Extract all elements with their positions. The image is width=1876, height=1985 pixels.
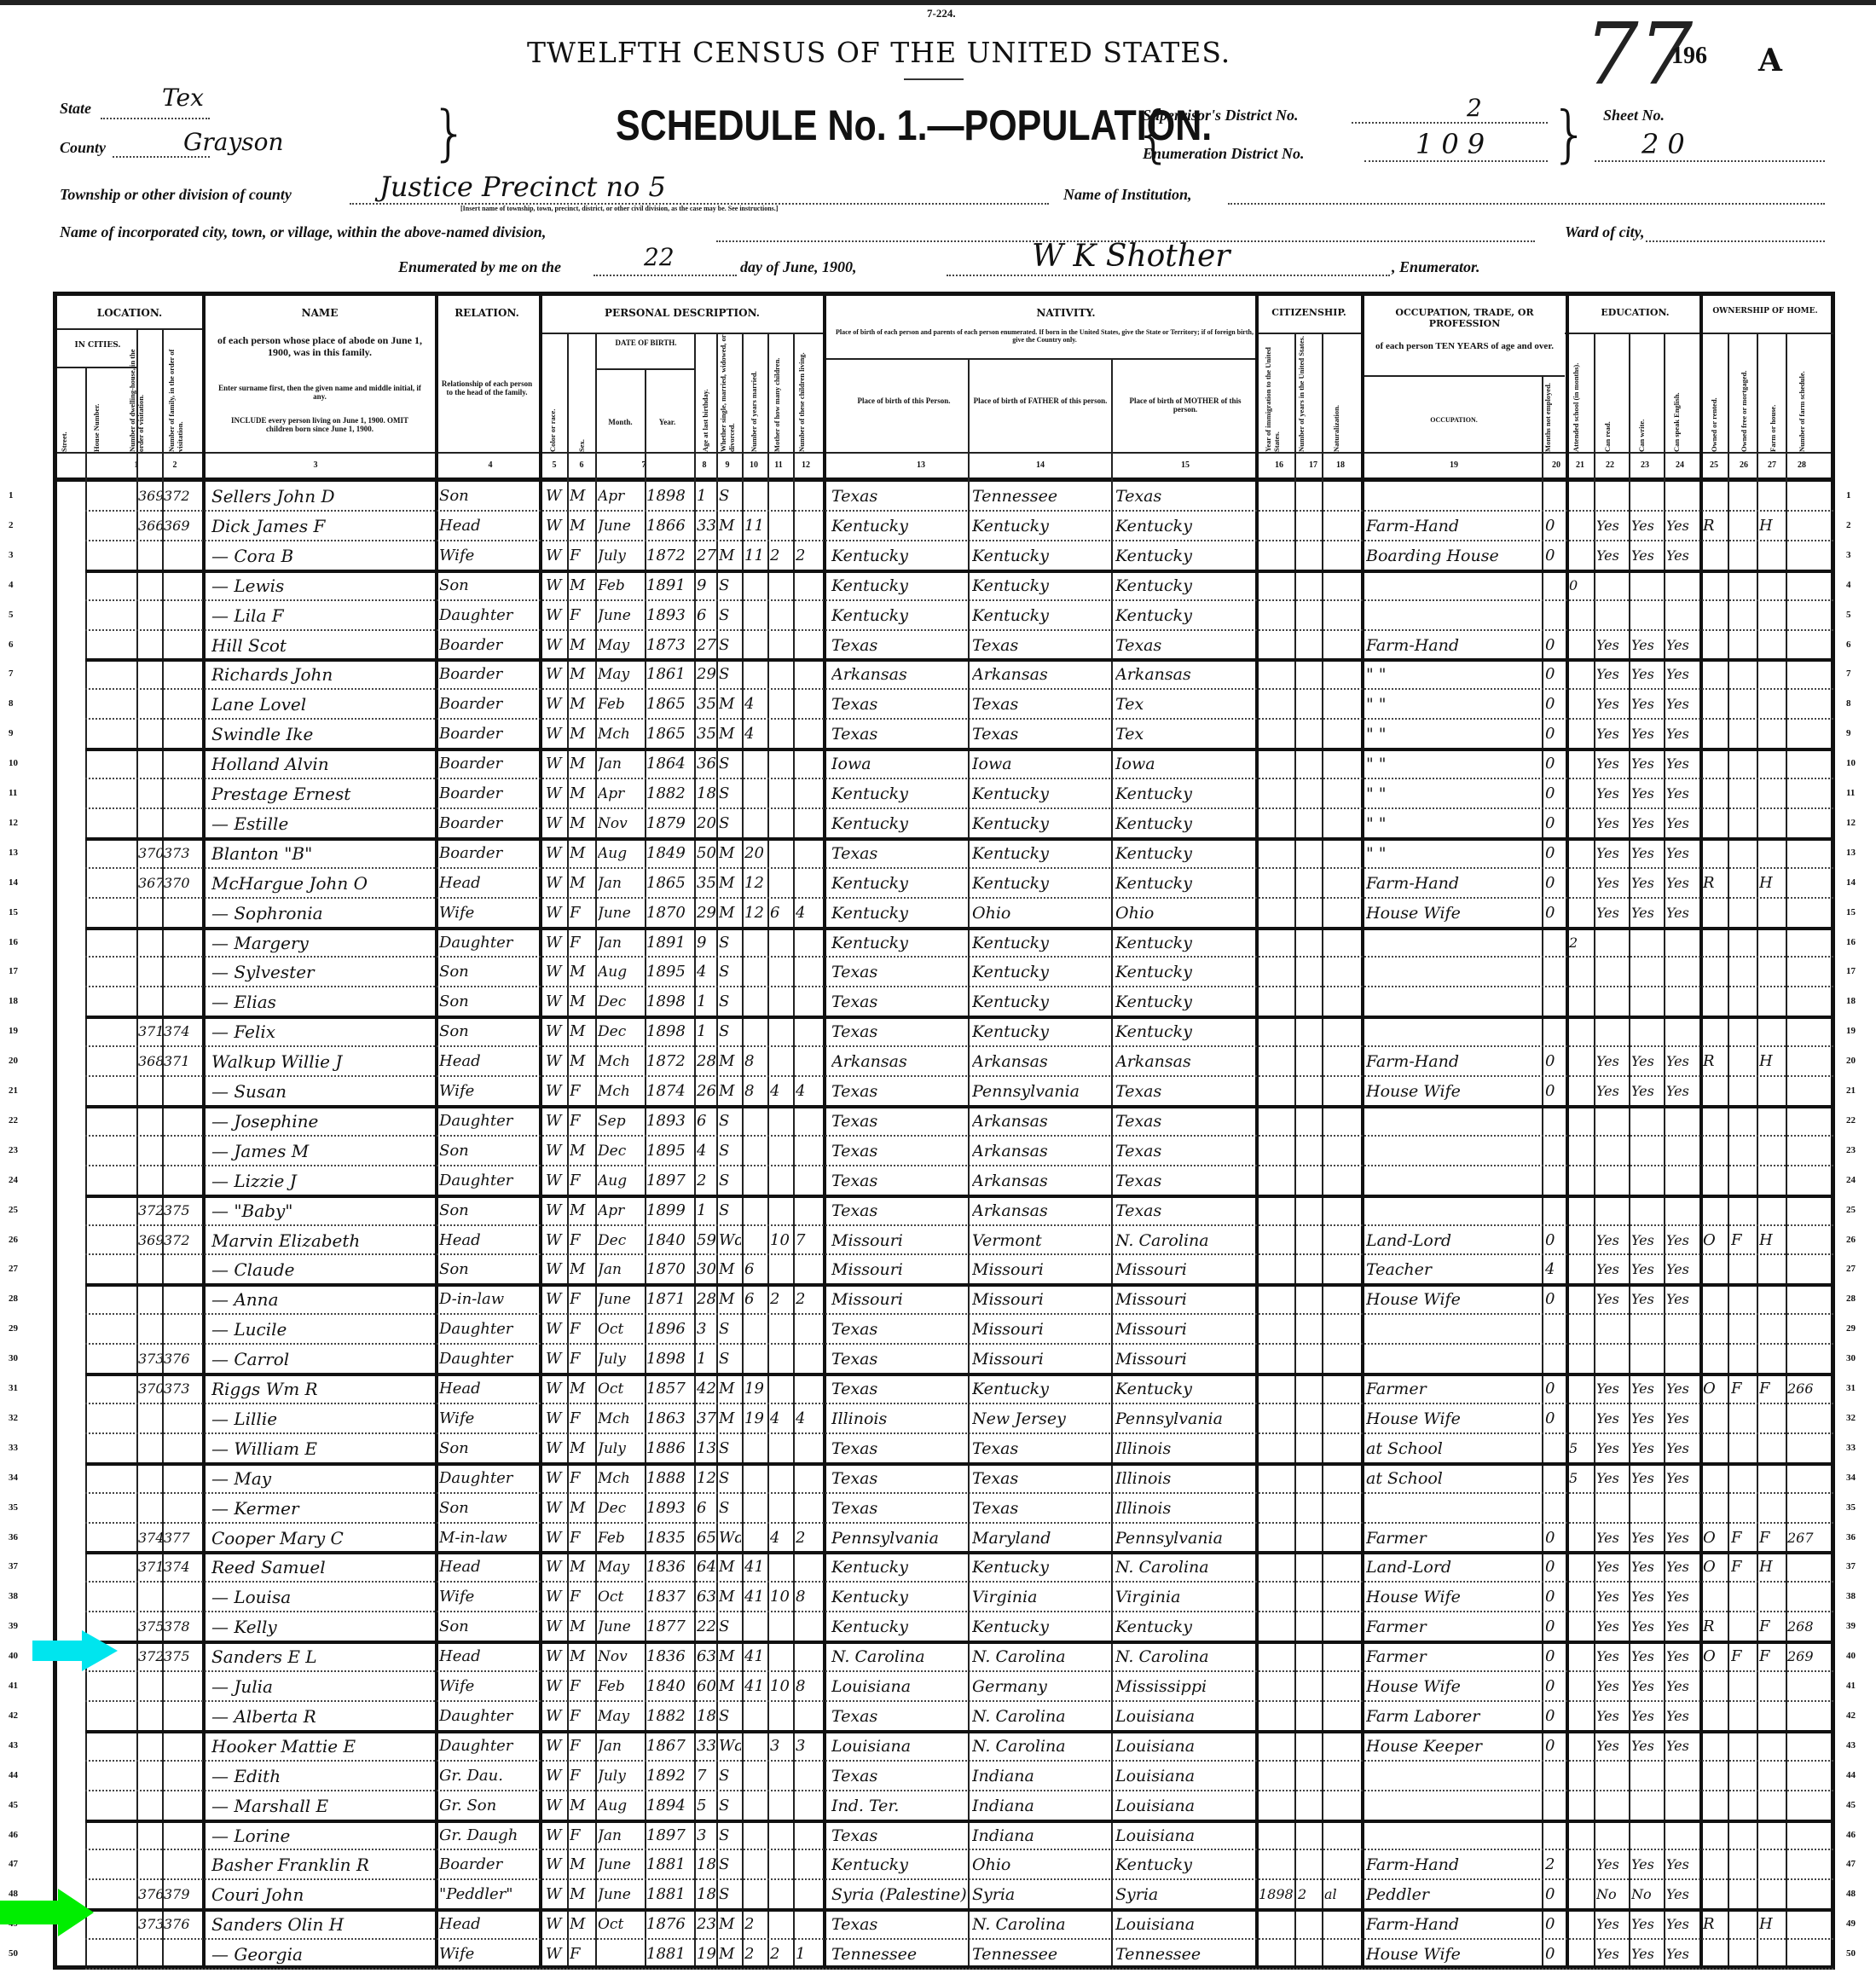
cell-living[interactable] <box>796 1496 818 1521</box>
cell-marital[interactable]: S <box>719 1614 741 1640</box>
cell-unemployed[interactable] <box>1545 1436 1564 1461</box>
cell-years-married[interactable] <box>744 930 767 956</box>
cell-unemployed[interactable]: 0 <box>1545 1406 1564 1432</box>
cell-english[interactable]: Yes <box>1666 841 1697 866</box>
cell-farm[interactable]: F <box>1759 1644 1783 1670</box>
cell-free[interactable] <box>1731 1882 1755 1907</box>
cell-farm[interactable] <box>1759 1346 1783 1372</box>
cell-family[interactable]: 372 <box>164 483 201 509</box>
cell-schedule[interactable] <box>1787 1257 1832 1282</box>
cell-farm[interactable]: H <box>1759 513 1783 539</box>
cell-family[interactable]: 372 <box>164 1228 201 1253</box>
cell-month[interactable]: June <box>598 603 645 628</box>
cell-relation[interactable]: Wife <box>439 543 537 569</box>
cell-occupation[interactable]: House Wife <box>1366 1079 1541 1104</box>
table-row[interactable]: 1919371374— FelixSonWMDec18981STexasKent… <box>0 1017 1867 1047</box>
cell-color[interactable]: W <box>546 811 566 836</box>
cell-natur[interactable] <box>1324 1733 1358 1759</box>
cell-english[interactable] <box>1666 1793 1697 1819</box>
cell-occupation[interactable]: House Wife <box>1366 900 1541 926</box>
cell-age[interactable]: 7 <box>697 1763 717 1789</box>
cell-school[interactable] <box>1569 1614 1591 1640</box>
cell-year[interactable]: 1892 <box>646 1763 693 1789</box>
cell-yrs-us[interactable] <box>1298 1554 1320 1580</box>
table-row[interactable]: 4949373376Sanders Olin HHeadWMOct187623M… <box>0 1910 1867 1940</box>
cell-natur[interactable] <box>1324 1496 1358 1521</box>
cell-month[interactable]: Dec <box>598 1138 645 1164</box>
table-row[interactable]: 2121— SusanWifeWFMch187426M844TexasPenns… <box>0 1077 1867 1107</box>
cell-immig[interactable] <box>1259 1793 1294 1819</box>
cell-read[interactable] <box>1596 989 1627 1015</box>
cell-birth[interactable]: Kentucky <box>831 1852 966 1878</box>
cell-marital[interactable]: S <box>719 1108 741 1134</box>
cell-color[interactable]: W <box>546 1882 566 1907</box>
table-row[interactable]: 1212— EstilleBoarderWMNov187920SKentucky… <box>0 809 1867 839</box>
cell-family[interactable] <box>164 1317 201 1342</box>
cell-school[interactable] <box>1569 1554 1591 1580</box>
cell-natur[interactable] <box>1324 1257 1358 1282</box>
cell-read[interactable] <box>1596 603 1627 628</box>
cell-family[interactable] <box>164 1942 201 1967</box>
cell-birth[interactable]: Kentucky <box>831 1584 966 1610</box>
cell-relation[interactable]: Boarder <box>439 781 537 807</box>
cell-living[interactable] <box>796 1168 818 1194</box>
cell-father[interactable]: Texas <box>972 721 1109 747</box>
cell-name[interactable]: McHargue John O <box>211 871 433 896</box>
cell-occupation[interactable] <box>1366 1168 1541 1194</box>
cell-unemployed[interactable]: 0 <box>1545 1287 1564 1312</box>
cell-immig[interactable]: 1898 <box>1259 1882 1294 1907</box>
cell-immig[interactable] <box>1259 871 1294 896</box>
cell-marital[interactable]: S <box>719 1704 741 1729</box>
state-value[interactable]: Tex <box>162 84 204 112</box>
cell-occupation[interactable] <box>1366 1823 1541 1849</box>
cell-read[interactable] <box>1596 959 1627 985</box>
cell-natur[interactable] <box>1324 1525 1358 1551</box>
cell-school[interactable]: 2 <box>1569 930 1591 956</box>
cell-write[interactable]: Yes <box>1631 1644 1662 1670</box>
cell-mother[interactable]: Louisiana <box>1115 1763 1252 1789</box>
cell-years-married[interactable]: 2 <box>744 1942 767 1967</box>
cell-years-married[interactable] <box>744 1436 767 1461</box>
cell-dwelling[interactable] <box>138 543 162 569</box>
cell-immig[interactable] <box>1259 1198 1294 1224</box>
cell-english[interactable] <box>1666 1168 1697 1194</box>
cell-name[interactable]: — Margery <box>211 930 433 956</box>
cell-mother[interactable]: Texas <box>1115 1138 1252 1164</box>
cell-free[interactable] <box>1731 959 1755 985</box>
cell-free[interactable] <box>1731 781 1755 807</box>
cell-owned[interactable] <box>1703 1496 1727 1521</box>
cell-living[interactable] <box>796 1138 818 1164</box>
cell-free[interactable] <box>1731 1257 1755 1282</box>
cell-age[interactable]: 50 <box>697 841 717 866</box>
cell-relation[interactable]: Head <box>439 871 537 896</box>
cell-yrs-us[interactable] <box>1298 1466 1320 1491</box>
cell-occupation[interactable]: Land-Lord <box>1366 1228 1541 1253</box>
cell-natur[interactable] <box>1324 1466 1358 1491</box>
cell-marital[interactable]: M <box>719 900 741 926</box>
cell-school[interactable] <box>1569 1763 1591 1789</box>
cell-yrs-us[interactable] <box>1298 1257 1320 1282</box>
cell-school[interactable] <box>1569 1733 1591 1759</box>
cell-father[interactable]: Kentucky <box>972 603 1109 628</box>
cell-write[interactable] <box>1631 573 1662 599</box>
cell-marital[interactable]: S <box>719 1763 741 1789</box>
cell-schedule[interactable] <box>1787 1554 1832 1580</box>
cell-unemployed[interactable]: 0 <box>1545 1912 1564 1937</box>
cell-mother[interactable]: Kentucky <box>1115 603 1252 628</box>
cell-school[interactable] <box>1569 483 1591 509</box>
cell-dwelling[interactable]: 374 <box>138 1525 162 1551</box>
table-row[interactable]: 4040372375Sanders E LHeadWMNov183663M41N… <box>0 1642 1867 1672</box>
cell-father[interactable]: Kentucky <box>972 959 1109 985</box>
cell-relation[interactable]: M-in-law <box>439 1525 537 1551</box>
cell-month[interactable]: June <box>598 1614 645 1640</box>
cell-english[interactable] <box>1666 1823 1697 1849</box>
cell-schedule[interactable]: 268 <box>1787 1614 1832 1640</box>
cell-age[interactable]: 1 <box>697 1019 717 1045</box>
cell-name[interactable]: Marvin Elizabeth <box>211 1228 433 1253</box>
cell-month[interactable]: Jan <box>598 930 645 956</box>
cell-marital[interactable]: Wd <box>719 1228 741 1253</box>
cell-read[interactable]: Yes <box>1596 1554 1627 1580</box>
cell-birth[interactable]: Texas <box>831 1198 966 1224</box>
cell-color[interactable]: W <box>546 483 566 509</box>
table-row[interactable]: 11369372Sellers John DSonWMApr18981STexa… <box>0 482 1867 512</box>
cell-occupation[interactable]: Farm-Hand <box>1366 513 1541 539</box>
cell-yrs-us[interactable] <box>1298 543 1320 569</box>
cell-english[interactable] <box>1666 573 1697 599</box>
cell-marital[interactable]: M <box>719 1644 741 1670</box>
cell-unemployed[interactable]: 0 <box>1545 692 1564 717</box>
cell-year[interactable]: 1865 <box>646 871 693 896</box>
cell-years-married[interactable] <box>744 1108 767 1134</box>
cell-family[interactable] <box>164 573 201 599</box>
cell-family[interactable] <box>164 1763 201 1789</box>
cell-farm[interactable] <box>1759 989 1783 1015</box>
cell-yrs-us[interactable] <box>1298 1406 1320 1432</box>
cell-occupation[interactable]: Farm-Hand <box>1366 1912 1541 1937</box>
cell-month[interactable]: July <box>598 543 645 569</box>
cell-yrs-us[interactable] <box>1298 1644 1320 1670</box>
cell-living[interactable] <box>796 1198 818 1224</box>
cell-years-married[interactable]: 19 <box>744 1406 767 1432</box>
cell-birth[interactable]: Pennsylvania <box>831 1525 966 1551</box>
cell-schedule[interactable] <box>1787 1406 1832 1432</box>
cell-family[interactable] <box>164 633 201 658</box>
cell-schedule[interactable] <box>1787 1466 1832 1491</box>
cell-sex[interactable]: F <box>570 1346 593 1372</box>
cell-unemployed[interactable]: 0 <box>1545 781 1564 807</box>
cell-years-married[interactable] <box>744 1317 767 1342</box>
cell-occupation[interactable] <box>1366 1317 1541 1342</box>
cell-relation[interactable]: Gr. Daugh <box>439 1823 537 1849</box>
cell-years-married[interactable]: 11 <box>744 543 767 569</box>
cell-birth[interactable]: Texas <box>831 1466 966 1491</box>
cell-english[interactable] <box>1666 1138 1697 1164</box>
cell-natur[interactable] <box>1324 1912 1358 1937</box>
cell-mother-of[interactable] <box>770 1198 792 1224</box>
cell-dwelling[interactable]: 369 <box>138 1228 162 1253</box>
cell-living[interactable]: 4 <box>796 1079 818 1104</box>
cell-sex[interactable]: M <box>570 483 593 509</box>
cell-family[interactable]: 374 <box>164 1019 201 1045</box>
table-row[interactable]: 1010Holland AlvinBoarderWMJan186436SIowa… <box>0 749 1867 779</box>
cell-father[interactable]: Iowa <box>972 751 1109 777</box>
cell-read[interactable]: Yes <box>1596 1733 1627 1759</box>
cell-living[interactable]: 8 <box>796 1674 818 1699</box>
cell-living[interactable]: 2 <box>796 543 818 569</box>
cell-read[interactable]: Yes <box>1596 543 1627 569</box>
cell-year[interactable]: 1899 <box>646 1198 693 1224</box>
cell-free[interactable] <box>1731 1852 1755 1878</box>
cell-unemployed[interactable]: 0 <box>1545 1614 1564 1640</box>
cell-age[interactable]: 12 <box>697 1466 717 1491</box>
cell-immig[interactable] <box>1259 930 1294 956</box>
cell-english[interactable]: Yes <box>1666 1852 1697 1878</box>
cell-years-married[interactable] <box>744 1496 767 1521</box>
cell-year[interactable]: 1888 <box>646 1466 693 1491</box>
cell-write[interactable]: Yes <box>1631 1079 1662 1104</box>
cell-marital[interactable]: Wd <box>719 1733 741 1759</box>
cell-marital[interactable]: S <box>719 1466 741 1491</box>
cell-yrs-us[interactable] <box>1298 959 1320 985</box>
cell-write[interactable] <box>1631 1168 1662 1194</box>
cell-living[interactable] <box>796 662 818 687</box>
cell-write[interactable] <box>1631 1198 1662 1224</box>
cell-natur[interactable] <box>1324 1554 1358 1580</box>
cell-living[interactable]: 2 <box>796 1525 818 1551</box>
cell-father[interactable]: Kentucky <box>972 1614 1109 1640</box>
cell-write[interactable]: Yes <box>1631 513 1662 539</box>
cell-school[interactable] <box>1569 1644 1591 1670</box>
cell-family[interactable] <box>164 603 201 628</box>
cell-occupation[interactable] <box>1366 483 1541 509</box>
cell-yrs-us[interactable] <box>1298 1674 1320 1699</box>
cell-owned[interactable] <box>1703 989 1727 1015</box>
cell-immig[interactable] <box>1259 1584 1294 1610</box>
cell-dwelling[interactable] <box>138 1674 162 1699</box>
cell-yrs-us[interactable] <box>1298 1108 1320 1134</box>
cell-years-married[interactable] <box>744 1823 767 1849</box>
cell-owned[interactable] <box>1703 1317 1727 1342</box>
cell-free[interactable] <box>1731 1584 1755 1610</box>
cell-occupation[interactable]: Farm-Hand <box>1366 1049 1541 1074</box>
cell-mother-of[interactable] <box>770 989 792 1015</box>
cell-age[interactable]: 3 <box>697 1317 717 1342</box>
cell-years-married[interactable] <box>744 1138 767 1164</box>
cell-unemployed[interactable]: 0 <box>1545 811 1564 836</box>
cell-schedule[interactable] <box>1787 1346 1832 1372</box>
cell-living[interactable] <box>796 1376 818 1402</box>
cell-age[interactable]: 64 <box>697 1554 717 1580</box>
cell-immig[interactable] <box>1259 900 1294 926</box>
cell-years-married[interactable]: 41 <box>744 1674 767 1699</box>
cell-name[interactable]: — Lucile <box>211 1317 433 1342</box>
cell-month[interactable]: Oct <box>598 1584 645 1610</box>
cell-immig[interactable] <box>1259 1287 1294 1312</box>
cell-unemployed[interactable] <box>1545 603 1564 628</box>
cell-unemployed[interactable] <box>1545 573 1564 599</box>
cell-mother-of[interactable] <box>770 1496 792 1521</box>
cell-owned[interactable] <box>1703 1793 1727 1819</box>
cell-living[interactable] <box>796 573 818 599</box>
cell-immig[interactable] <box>1259 1704 1294 1729</box>
cell-owned[interactable] <box>1703 1882 1727 1907</box>
cell-mother-of[interactable]: 2 <box>770 1287 792 1312</box>
cell-school[interactable]: 5 <box>1569 1436 1591 1461</box>
cell-marital[interactable]: M <box>719 1406 741 1432</box>
cell-natur[interactable] <box>1324 721 1358 747</box>
cell-immig[interactable] <box>1259 1376 1294 1402</box>
cell-marital[interactable]: M <box>719 1257 741 1282</box>
cell-school[interactable] <box>1569 751 1591 777</box>
cell-english[interactable]: Yes <box>1666 1376 1697 1402</box>
cell-immig[interactable] <box>1259 1912 1294 1937</box>
cell-sex[interactable]: F <box>570 1942 593 1967</box>
cell-years-married[interactable] <box>744 633 767 658</box>
cell-marital[interactable]: S <box>719 1823 741 1849</box>
cell-yrs-us[interactable] <box>1298 1198 1320 1224</box>
cell-mother[interactable]: N. Carolina <box>1115 1644 1252 1670</box>
cell-owned[interactable] <box>1703 959 1727 985</box>
cell-free[interactable] <box>1731 633 1755 658</box>
cell-yrs-us[interactable] <box>1298 692 1320 717</box>
cell-unemployed[interactable] <box>1545 1138 1564 1164</box>
cell-father[interactable]: Kentucky <box>972 989 1109 1015</box>
cell-occupation[interactable]: " " <box>1366 811 1541 836</box>
cell-unemployed[interactable] <box>1545 1496 1564 1521</box>
table-row[interactable]: 3434— MayDaughterWFMch188812STexasTexasI… <box>0 1464 1867 1494</box>
cell-farm[interactable] <box>1759 1852 1783 1878</box>
table-row[interactable]: 33— Cora BWifeWFJuly187227M1122KentuckyK… <box>0 541 1867 571</box>
cell-years-married[interactable] <box>744 781 767 807</box>
cell-relation[interactable]: Gr. Son <box>439 1793 537 1819</box>
cell-color[interactable]: W <box>546 1614 566 1640</box>
cell-owned[interactable] <box>1703 751 1727 777</box>
cell-sex[interactable]: M <box>570 1554 593 1580</box>
cell-read[interactable]: Yes <box>1596 1614 1627 1640</box>
cell-unemployed[interactable]: 4 <box>1545 1257 1564 1282</box>
cell-write[interactable]: No <box>1631 1882 1662 1907</box>
cell-year[interactable]: 1865 <box>646 692 693 717</box>
table-row[interactable]: 3232— LillieWifeWFMch186337M1944Illinois… <box>0 1404 1867 1434</box>
cell-father[interactable]: Ohio <box>972 1852 1109 1878</box>
table-row[interactable]: 3838— LouisaWifeWFOct183763M41108Kentuck… <box>0 1583 1867 1612</box>
cell-month[interactable] <box>598 1942 645 1967</box>
cell-owned[interactable] <box>1703 573 1727 599</box>
cell-year[interactable]: 1882 <box>646 781 693 807</box>
cell-free[interactable] <box>1731 1287 1755 1312</box>
cell-mother[interactable]: Louisiana <box>1115 1793 1252 1819</box>
cell-name[interactable]: — Lewis <box>211 573 433 599</box>
cell-family[interactable] <box>164 1138 201 1164</box>
cell-age[interactable]: 35 <box>697 721 717 747</box>
cell-natur[interactable] <box>1324 930 1358 956</box>
cell-unemployed[interactable]: 0 <box>1545 721 1564 747</box>
cell-mother[interactable]: Texas <box>1115 1108 1252 1134</box>
cell-living[interactable] <box>796 1823 818 1849</box>
cell-free[interactable] <box>1731 1108 1755 1134</box>
cell-marital[interactable]: M <box>719 692 741 717</box>
cell-school[interactable] <box>1569 1823 1591 1849</box>
cell-relation[interactable]: Daughter <box>439 1346 537 1372</box>
cell-free[interactable] <box>1731 1466 1755 1491</box>
cell-years-married[interactable] <box>744 1525 767 1551</box>
cell-father[interactable]: Tennessee <box>972 483 1109 509</box>
cell-marital[interactable]: S <box>719 811 741 836</box>
cell-natur[interactable] <box>1324 692 1358 717</box>
cell-relation[interactable]: Wife <box>439 1406 537 1432</box>
cell-occupation[interactable]: House Wife <box>1366 1942 1541 1967</box>
cell-family[interactable] <box>164 989 201 1015</box>
cell-living[interactable] <box>796 1763 818 1789</box>
cell-living[interactable] <box>796 989 818 1015</box>
cell-month[interactable]: Apr <box>598 483 645 509</box>
cell-free[interactable]: F <box>1731 1554 1755 1580</box>
cell-free[interactable] <box>1731 751 1755 777</box>
cell-father[interactable]: Indiana <box>972 1763 1109 1789</box>
cell-age[interactable]: 30 <box>697 1257 717 1282</box>
cell-yrs-us[interactable] <box>1298 1436 1320 1461</box>
cell-name[interactable]: Couri John <box>211 1882 433 1907</box>
cell-owned[interactable]: O <box>1703 1376 1727 1402</box>
cell-english[interactable]: Yes <box>1666 1733 1697 1759</box>
cell-occupation[interactable]: Farm-Hand <box>1366 1852 1541 1878</box>
cell-yrs-us[interactable] <box>1298 721 1320 747</box>
cell-immig[interactable] <box>1259 1852 1294 1878</box>
cell-birth[interactable]: Texas <box>831 1108 966 1134</box>
cell-natur[interactable] <box>1324 1406 1358 1432</box>
cell-occupation[interactable]: Farm-Hand <box>1366 871 1541 896</box>
cell-english[interactable]: Yes <box>1666 1049 1697 1074</box>
cell-mother[interactable]: Kentucky <box>1115 781 1252 807</box>
cell-age[interactable]: 27 <box>697 543 717 569</box>
cell-year[interactable]: 1870 <box>646 900 693 926</box>
cell-english[interactable] <box>1666 989 1697 1015</box>
cell-color[interactable]: W <box>546 959 566 985</box>
cell-occupation[interactable] <box>1366 930 1541 956</box>
table-row[interactable]: 3535— KermerSonWMDec18936STexasTexasIlli… <box>0 1494 1867 1524</box>
cell-school[interactable] <box>1569 1496 1591 1521</box>
cell-write[interactable]: Yes <box>1631 692 1662 717</box>
cell-immig[interactable] <box>1259 1674 1294 1699</box>
cell-month[interactable]: Dec <box>598 989 645 1015</box>
cell-english[interactable]: Yes <box>1666 751 1697 777</box>
cell-natur[interactable] <box>1324 633 1358 658</box>
cell-schedule[interactable] <box>1787 1198 1832 1224</box>
cell-yrs-us[interactable] <box>1298 900 1320 926</box>
cell-relation[interactable]: Daughter <box>439 603 537 628</box>
cell-living[interactable] <box>796 692 818 717</box>
cell-years-married[interactable] <box>744 1198 767 1224</box>
cell-free[interactable] <box>1731 1942 1755 1967</box>
cell-month[interactable]: Dec <box>598 1496 645 1521</box>
cell-occupation[interactable]: House Wife <box>1366 1584 1541 1610</box>
cell-write[interactable]: Yes <box>1631 1466 1662 1491</box>
cell-schedule[interactable] <box>1787 1079 1832 1104</box>
cell-marital[interactable]: S <box>719 930 741 956</box>
cell-dwelling[interactable] <box>138 1466 162 1491</box>
cell-family[interactable] <box>164 1733 201 1759</box>
cell-birth[interactable]: Kentucky <box>831 603 966 628</box>
cell-age[interactable]: 60 <box>697 1674 717 1699</box>
cell-marital[interactable]: S <box>719 1168 741 1194</box>
cell-free[interactable]: F <box>1731 1376 1755 1402</box>
cell-schedule[interactable] <box>1787 1584 1832 1610</box>
cell-years-married[interactable] <box>744 1466 767 1491</box>
